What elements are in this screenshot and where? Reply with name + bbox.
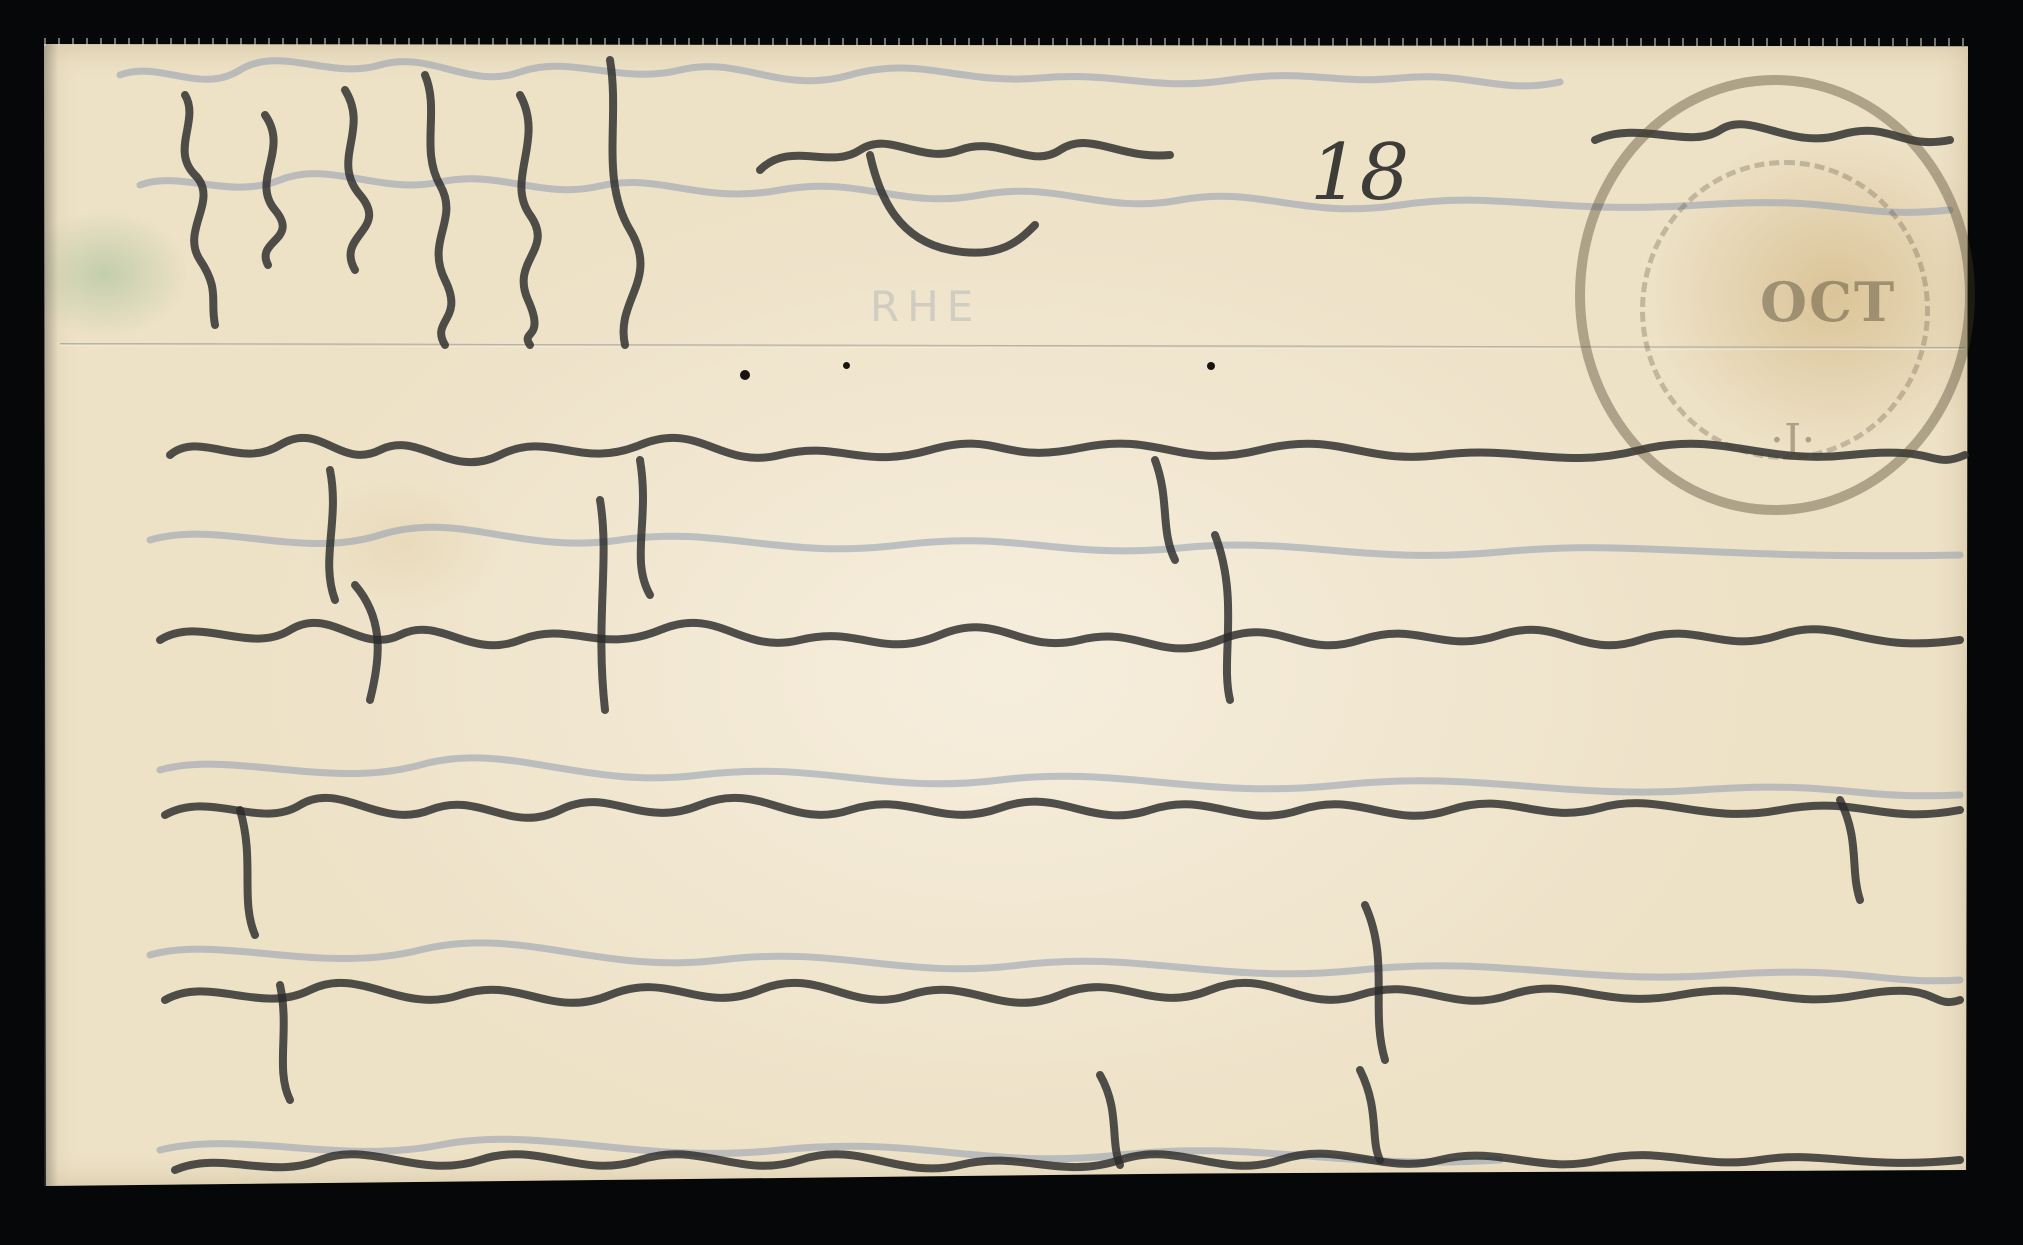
ink-blot	[843, 362, 850, 369]
ink-blot	[1207, 362, 1215, 370]
postmark-month: OCT	[1760, 270, 1896, 334]
photo-scene: OCT ·I· 18 RHE	[0, 0, 2023, 1245]
paper-top-edge-fibers	[44, 38, 1968, 46]
paper-left-edge-shadow	[44, 44, 58, 1186]
faint-straightline-stamp: RHE	[870, 282, 981, 331]
ink-blot	[740, 370, 750, 380]
handwritten-numeral: 18	[1310, 128, 1409, 218]
postmark-partial-text: ·I·	[1770, 415, 1815, 466]
